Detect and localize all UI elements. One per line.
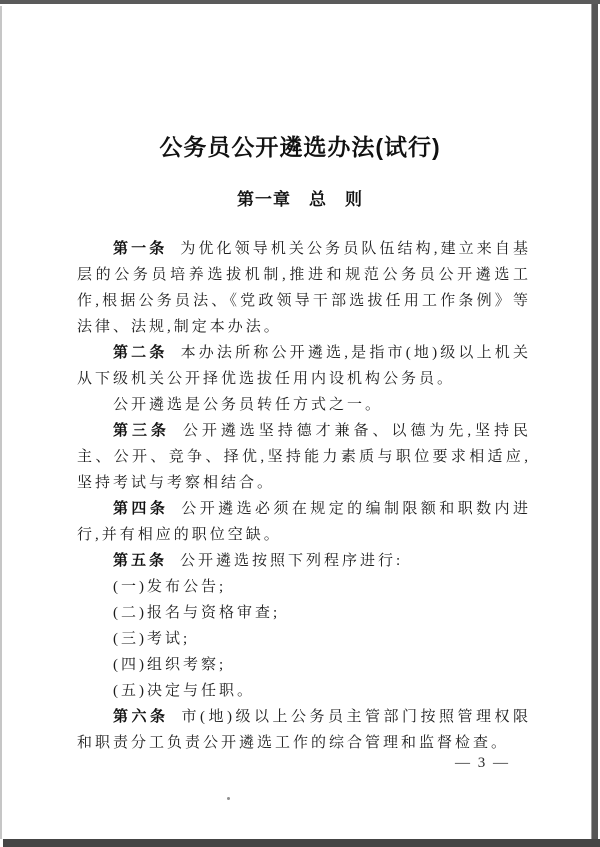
paragraph-text: 公开遴选是公务员转任方式之一。 [113, 397, 383, 413]
scan-edge-bottom [3, 839, 600, 847]
paragraph-text: (二)报名与资格审查; [113, 605, 280, 621]
paragraph: 第二条本办法所称公开遴选,是指市(地)级以上机关从下级机关公开择优选拔任用内设机… [77, 340, 531, 392]
article-label: 第六条 [113, 708, 169, 725]
scan-speck [227, 797, 230, 800]
article-label: 第三条 [113, 422, 170, 439]
article-label: 第二条 [113, 344, 168, 361]
paragraph: 第六条市(地)级以上公务员主管部门按照管理权限和职责分工负责公开遴选工作的综合管… [77, 704, 531, 756]
paragraph: 第一条为优化领导机关公务员队伍结构,建立来自基层的公务员培养选拔机制,推进和规范… [77, 236, 531, 340]
paragraph: (五)决定与任职。 [77, 678, 531, 704]
paragraph-text: (一)发布公告; [113, 579, 226, 595]
paragraph-text: 公开遴选按照下列程序进行: [180, 553, 403, 569]
paragraph: 公开遴选是公务员转任方式之一。 [77, 392, 531, 418]
paragraph: 第五条公开遴选按照下列程序进行: [77, 548, 531, 574]
document-title: 公务员公开遴选办法(试行) [0, 129, 600, 162]
paragraph: (二)报名与资格审查; [77, 600, 531, 626]
paragraph: (一)发布公告; [77, 574, 531, 600]
paragraph: 第四条公开遴选必须在规定的编制限额和职数内进行,并有相应的职位空缺。 [77, 496, 531, 548]
document-page: 公务员公开遴选办法(试行) 第一章 总 则 第一条为优化领导机关公务员队伍结构,… [0, 0, 600, 847]
paragraph: (四)组织考察; [77, 652, 531, 678]
article-label: 第四条 [113, 500, 168, 517]
paragraph-text: (五)决定与任职。 [113, 683, 255, 699]
scan-edge-top [0, 0, 600, 4]
document-body: 第一条为优化领导机关公务员队伍结构,建立来自基层的公务员培养选拔机制,推进和规范… [77, 236, 531, 756]
article-label: 第五条 [113, 552, 167, 569]
paragraph-text: (三)考试; [113, 631, 190, 647]
page-number: — 3 — [455, 755, 510, 772]
paragraph: 第三条公开遴选坚持德才兼备、以德为先,坚持民主、公开、竞争、择优,坚持能力素质与… [77, 418, 531, 496]
article-label: 第一条 [113, 240, 167, 257]
paragraph: (三)考试; [77, 626, 531, 652]
paragraph-text: (四)组织考察; [113, 657, 226, 673]
chapter-heading: 第一章 总 则 [0, 185, 600, 210]
